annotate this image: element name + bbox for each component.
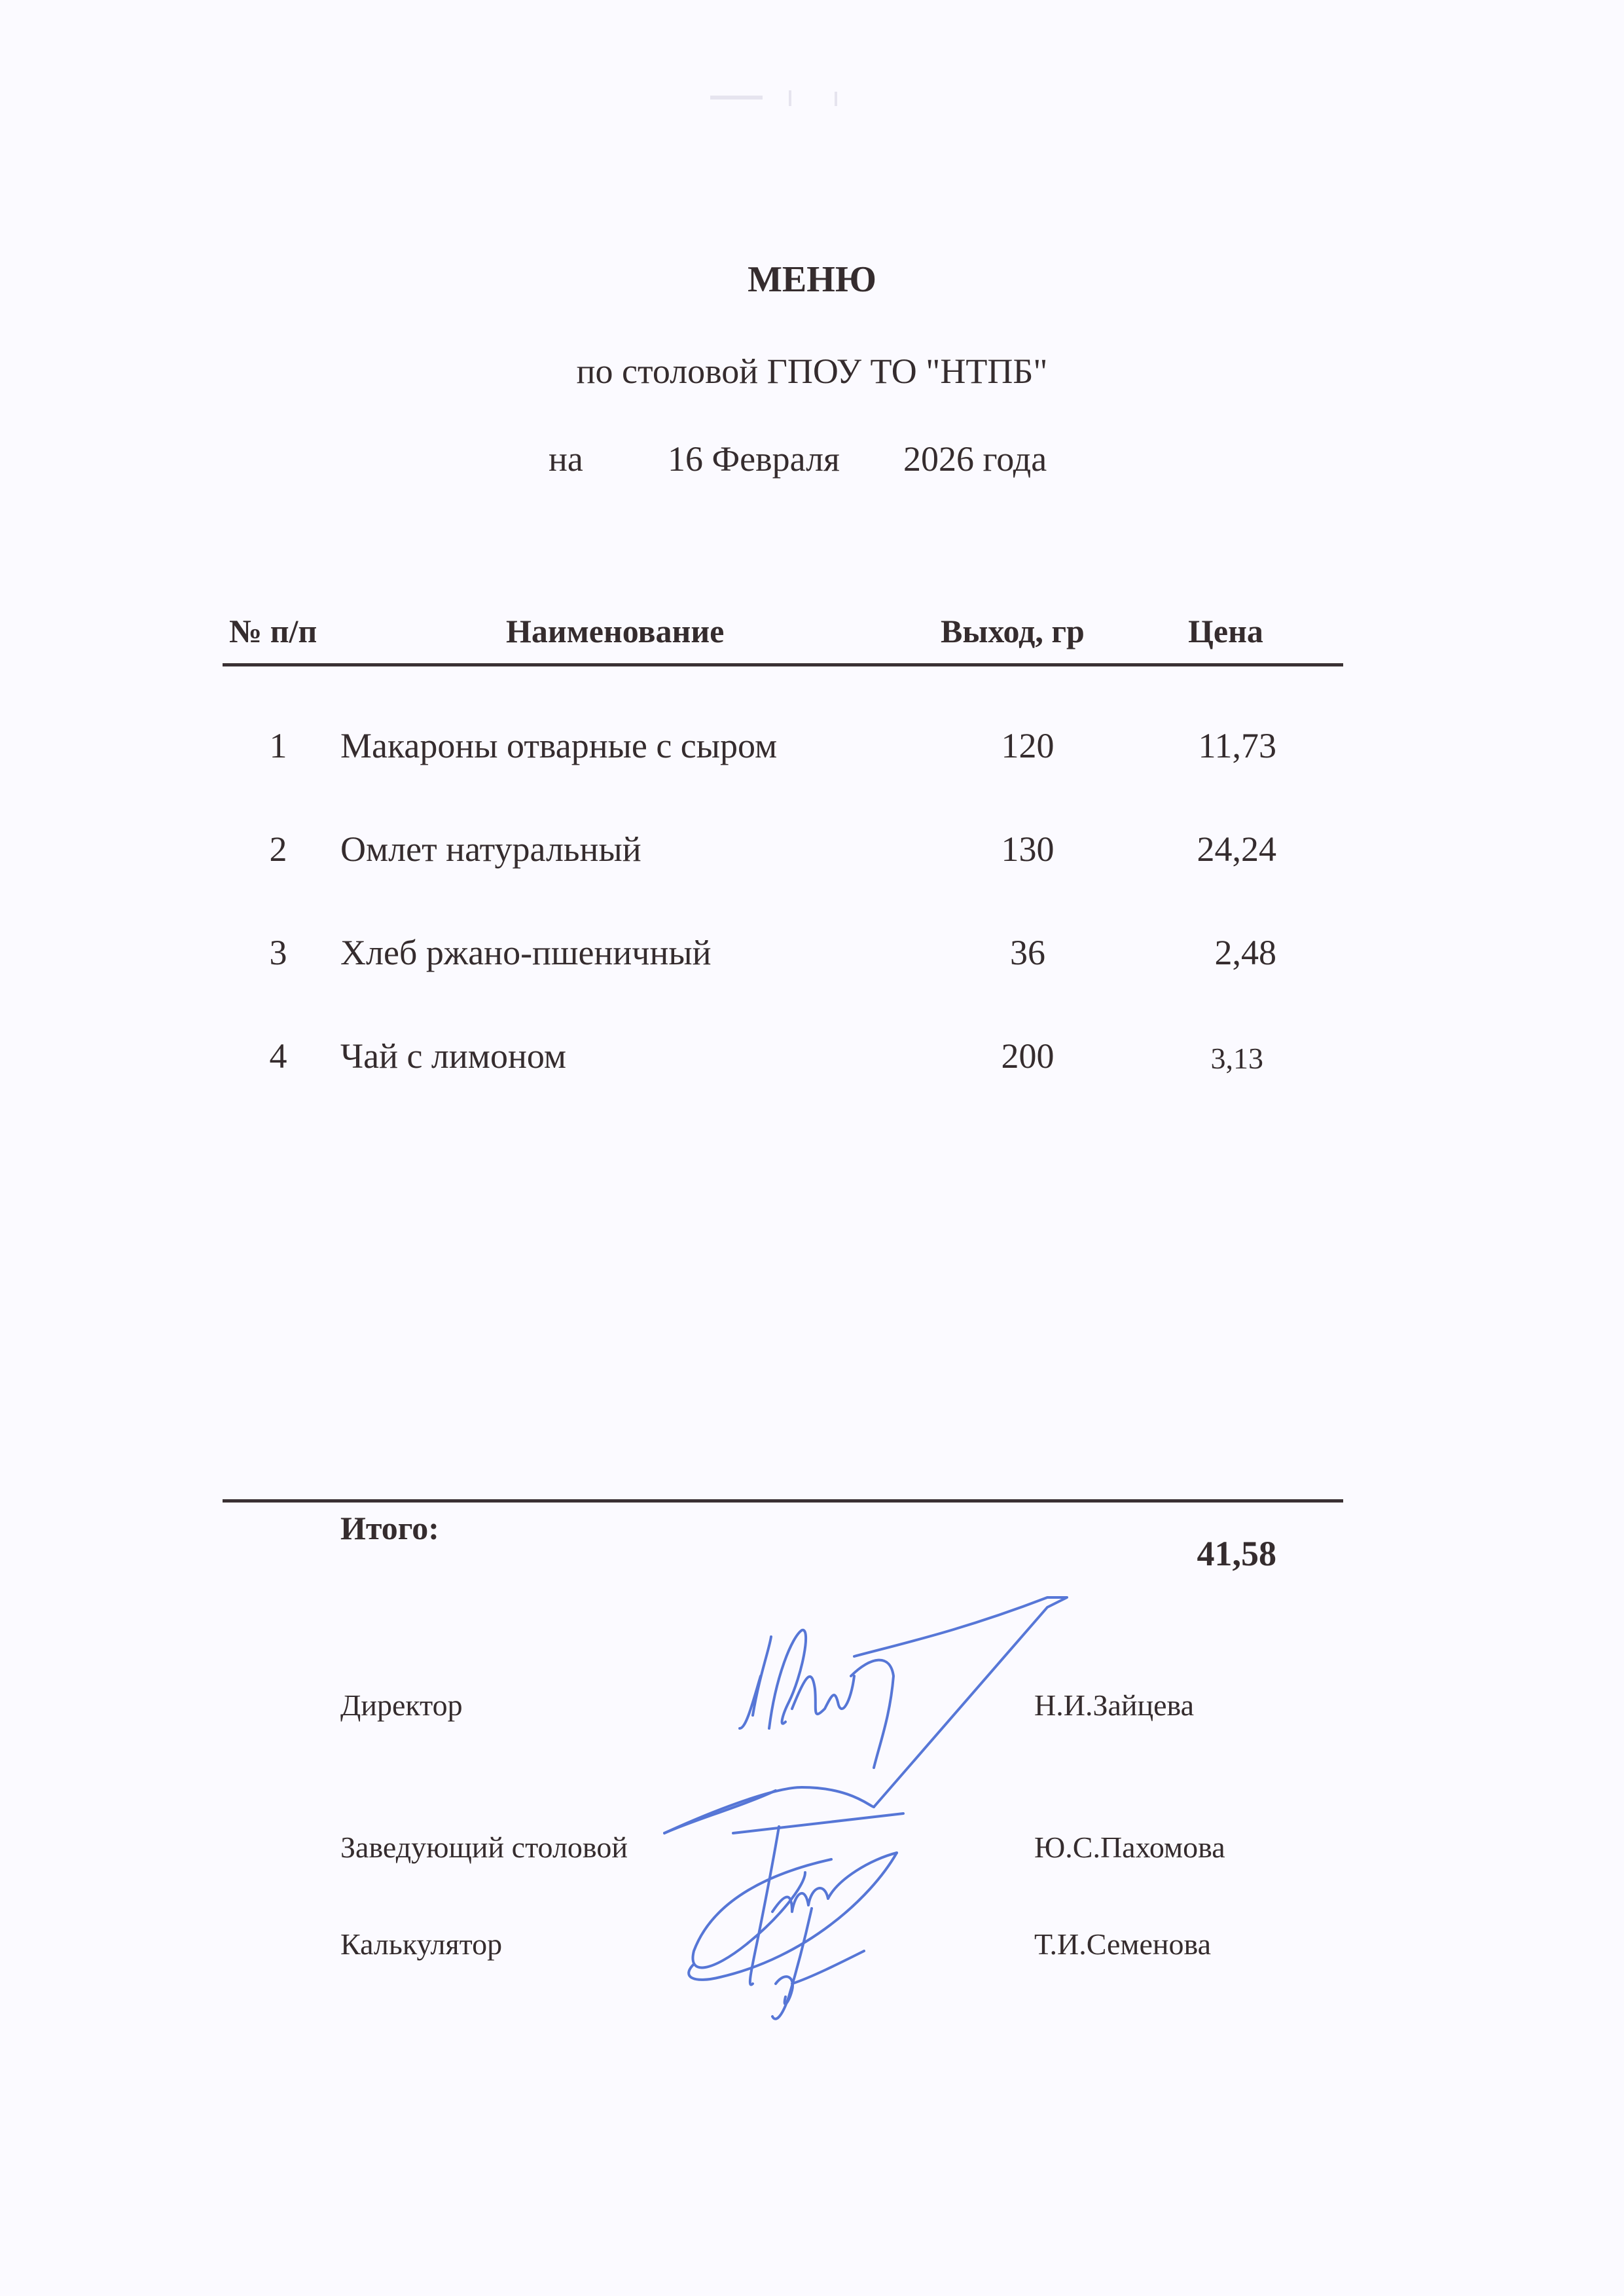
row-yield: 130	[962, 829, 1093, 869]
director-signature-icon	[664, 1597, 1067, 1833]
date-prefix: на	[549, 439, 583, 479]
row-price: 3,13	[1106, 1041, 1263, 1076]
row-dish-name: Хлеб ржано-пшеничный	[340, 932, 712, 973]
row-number: 1	[252, 725, 304, 766]
signatory-name: Н.И.Зайцева	[1034, 1688, 1194, 1722]
signatory-role: Директор	[340, 1688, 463, 1722]
row-yield: 200	[962, 1036, 1093, 1076]
row-yield: 120	[962, 725, 1093, 766]
document-title: МЕНЮ	[0, 259, 1624, 301]
column-header-yield: Выход, гр	[941, 612, 1085, 650]
row-number: 4	[252, 1036, 304, 1076]
date-day-month: 16 Февраля	[668, 439, 840, 479]
signatory-name: Т.И.Семенова	[1034, 1927, 1211, 1961]
row-price: 11,73	[1106, 725, 1276, 766]
date-year: 2026 года	[903, 439, 1047, 479]
document-subtitle: по столовой ГПОУ ТО "НТПБ"	[0, 351, 1624, 392]
column-header-name: Наименование	[506, 612, 724, 650]
signatory-role: Калькулятор	[340, 1927, 502, 1961]
signatory-role: Заведующий столовой	[340, 1830, 628, 1865]
row-dish-name: Макароны отварные с сыром	[340, 725, 777, 766]
total-divider	[223, 1499, 1343, 1503]
total-label: Итого:	[340, 1509, 439, 1547]
row-yield: 36	[962, 932, 1093, 973]
row-dish-name: Чай с лимоном	[340, 1036, 566, 1076]
calculator-signature-icon	[772, 1908, 864, 2019]
row-dish-name: Омлет натуральный	[340, 829, 641, 869]
column-header-price: Цена	[1188, 612, 1263, 650]
row-number: 3	[252, 932, 304, 973]
bleed-through-mark	[710, 84, 880, 110]
header-divider	[223, 663, 1343, 666]
column-header-number: № п/п	[229, 612, 317, 650]
row-price: 24,24	[1106, 829, 1276, 869]
handwritten-signatures	[0, 0, 1624, 2296]
total-value: 41,58	[1106, 1533, 1276, 1574]
signatory-name: Ю.С.Пахомова	[1034, 1830, 1225, 1865]
row-number: 2	[252, 829, 304, 869]
manager-signature-icon	[689, 1813, 903, 1985]
row-price: 2,48	[1106, 932, 1276, 973]
